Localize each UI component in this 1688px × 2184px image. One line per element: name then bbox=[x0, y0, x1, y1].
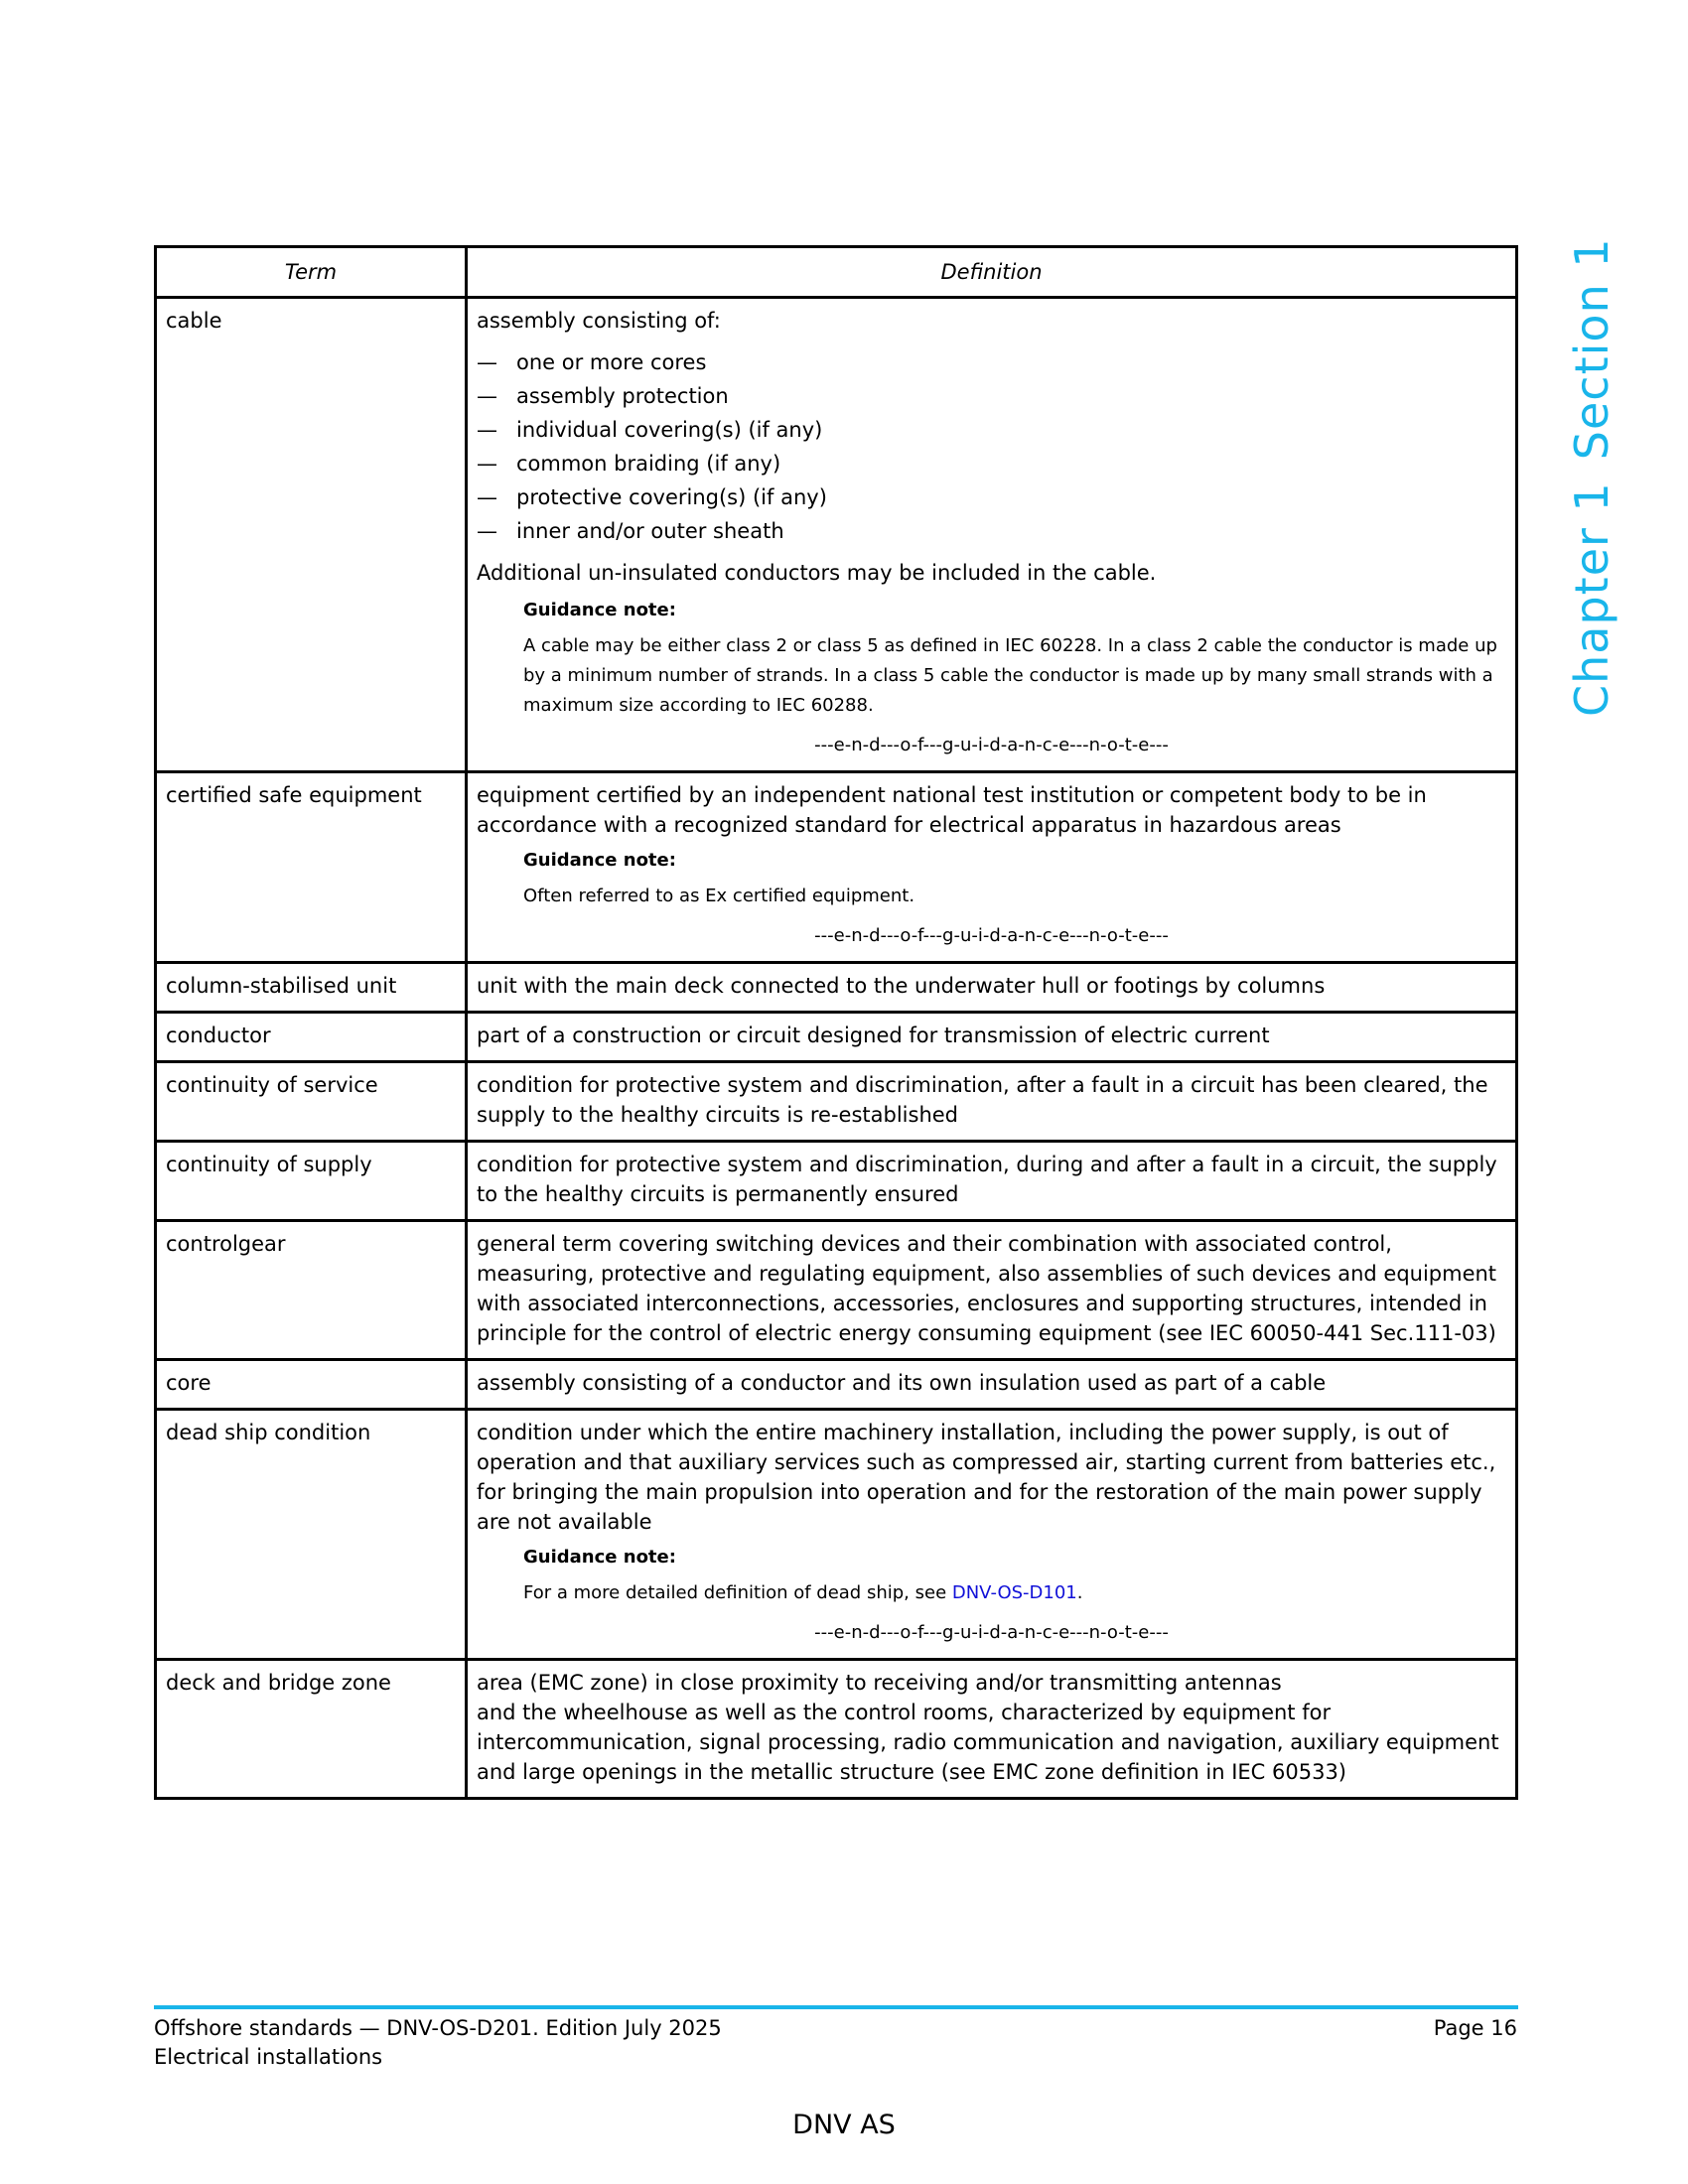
footer-document-info: Offshore standards — DNV-OS-D201. Editio… bbox=[154, 2014, 722, 2072]
guidance-note: Guidance note: A cable may be either cla… bbox=[523, 596, 1506, 760]
definition-text: equipment certified by an independent na… bbox=[477, 780, 1506, 840]
guidance-title: Guidance note: bbox=[523, 846, 1506, 876]
definition-note: Additional un-insulated conductors may b… bbox=[477, 558, 1506, 588]
definition-cell: part of a construction or circuit design… bbox=[467, 1013, 1517, 1062]
term-cell: dead ship condition bbox=[156, 1410, 467, 1660]
page-number: Page 16 bbox=[1434, 2014, 1517, 2043]
definition-cell: condition under which the entire machine… bbox=[467, 1410, 1517, 1660]
guidance-note: Guidance note: Often referred to as Ex c… bbox=[523, 846, 1506, 951]
guidance-note: Guidance note: For a more detailed defin… bbox=[523, 1543, 1506, 1648]
term-cell: certified safe equipment bbox=[156, 772, 467, 963]
definition-cell: general term covering switching devices … bbox=[467, 1221, 1517, 1360]
definition-text: condition under which the entire machine… bbox=[477, 1418, 1506, 1537]
definition-cell: equipment certified by an independent na… bbox=[467, 772, 1517, 963]
list-item: —one or more cores bbox=[477, 345, 1506, 379]
list-item: —individual covering(s) (if any) bbox=[477, 413, 1506, 447]
table-row: dead ship condition condition under whic… bbox=[156, 1410, 1517, 1660]
dash-bullet-icon: — bbox=[477, 345, 497, 379]
section-label: Section 1 bbox=[1565, 237, 1618, 460]
document-page: Chapter 1Section 1 Term Definition cable… bbox=[0, 0, 1688, 2184]
component-list: —one or more cores —assembly protection … bbox=[477, 345, 1506, 548]
chapter-label: Chapter 1 bbox=[1565, 481, 1618, 717]
guidance-body: For a more detailed definition of dead s… bbox=[523, 1578, 1506, 1608]
list-item: —assembly protection bbox=[477, 379, 1506, 413]
definitions-table: Term Definition cable assembly consistin… bbox=[154, 245, 1518, 1800]
footer-standard-title: Offshore standards — DNV-OS-D201. Editio… bbox=[154, 2014, 722, 2043]
definition-cell: unit with the main deck connected to the… bbox=[467, 963, 1517, 1013]
standard-link[interactable]: DNV-OS-D101 bbox=[952, 1582, 1077, 1603]
footer-divider bbox=[154, 2005, 1518, 2009]
definition-intro: assembly consisting of: bbox=[477, 306, 1506, 336]
dash-bullet-icon: — bbox=[477, 447, 497, 480]
dash-bullet-icon: — bbox=[477, 514, 497, 548]
guidance-end-marker: ---e-n-d---o-f---g-u-i-d-a-n-c-e---n-o-t… bbox=[477, 921, 1506, 951]
list-item: —protective covering(s) (if any) bbox=[477, 480, 1506, 514]
guidance-end-marker: ---e-n-d---o-f---g-u-i-d-a-n-c-e---n-o-t… bbox=[477, 731, 1506, 760]
guidance-end-marker: ---e-n-d---o-f---g-u-i-d-a-n-c-e---n-o-t… bbox=[477, 1618, 1506, 1648]
guidance-body: A cable may be either class 2 or class 5… bbox=[523, 631, 1506, 721]
table-row: continuity of service condition for prot… bbox=[156, 1062, 1517, 1142]
term-cell: column-stabilised unit bbox=[156, 963, 467, 1013]
table-row: controlgear general term covering switch… bbox=[156, 1221, 1517, 1360]
guidance-title: Guidance note: bbox=[523, 1543, 1506, 1572]
table-row: certified safe equipment equipment certi… bbox=[156, 772, 1517, 963]
term-cell: conductor bbox=[156, 1013, 467, 1062]
term-cell: deck and bridge zone bbox=[156, 1660, 467, 1799]
table-row: deck and bridge zone area (EMC zone) in … bbox=[156, 1660, 1517, 1799]
guidance-title: Guidance note: bbox=[523, 596, 1506, 625]
table-row: conductor part of a construction or circ… bbox=[156, 1013, 1517, 1062]
term-cell: cable bbox=[156, 298, 467, 772]
header-term: Term bbox=[156, 247, 467, 298]
definition-cell: condition for protective system and disc… bbox=[467, 1142, 1517, 1221]
header-definition: Definition bbox=[467, 247, 1517, 298]
table-row: cable assembly consisting of: —one or mo… bbox=[156, 298, 1517, 772]
table-row: column-stabilised unit unit with the mai… bbox=[156, 963, 1517, 1013]
dash-bullet-icon: — bbox=[477, 480, 497, 514]
term-cell: continuity of service bbox=[156, 1062, 467, 1142]
table-row: core assembly consisting of a conductor … bbox=[156, 1360, 1517, 1410]
term-cell: continuity of supply bbox=[156, 1142, 467, 1221]
company-name: DNV AS bbox=[0, 2110, 1688, 2140]
term-cell: core bbox=[156, 1360, 467, 1410]
list-item: —common braiding (if any) bbox=[477, 447, 1506, 480]
definition-cell: condition for protective system and disc… bbox=[467, 1062, 1517, 1142]
dash-bullet-icon: — bbox=[477, 379, 497, 413]
dash-bullet-icon: — bbox=[477, 413, 497, 447]
definition-text-line2: and the wheelhouse as well as the contro… bbox=[477, 1698, 1506, 1787]
footer-subject: Electrical installations bbox=[154, 2043, 722, 2072]
list-item: —inner and/or outer sheath bbox=[477, 514, 1506, 548]
term-cell: controlgear bbox=[156, 1221, 467, 1360]
chapter-section-label: Chapter 1Section 1 bbox=[1565, 237, 1618, 717]
table-row: continuity of supply condition for prote… bbox=[156, 1142, 1517, 1221]
definition-cell: assembly consisting of a conductor and i… bbox=[467, 1360, 1517, 1410]
definition-cell: assembly consisting of: —one or more cor… bbox=[467, 298, 1517, 772]
table-header-row: Term Definition bbox=[156, 247, 1517, 298]
definition-text-line1: area (EMC zone) in close proximity to re… bbox=[477, 1668, 1506, 1698]
guidance-body: Often referred to as Ex certified equipm… bbox=[523, 882, 1506, 911]
definition-cell: area (EMC zone) in close proximity to re… bbox=[467, 1660, 1517, 1799]
